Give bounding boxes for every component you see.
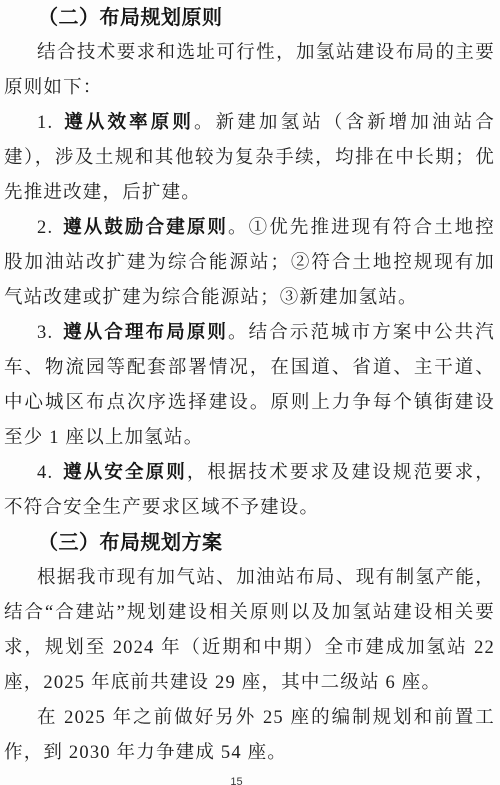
- section-3-paragraph-1: 根据我市现有加气站、加油站布局、现有制氢产能，结合“合建站”规划建设相关原则以及…: [4, 561, 495, 701]
- document-body: （二）布局规划原则 结合技术要求和选址可行性，加氢站建设布局的主要原则如下： 1…: [4, 1, 495, 771]
- principle-4-title: 遵从安全原则: [62, 463, 187, 483]
- principle-3-title: 遵从合理布局原则: [62, 323, 228, 343]
- principle-1-number: 1.: [37, 113, 62, 133]
- principle-1-title: 遵从效率原则: [62, 113, 194, 133]
- section-3-heading: （三）布局规划方案: [4, 526, 495, 561]
- principle-2-number: 2.: [37, 218, 62, 238]
- principle-2-title: 遵从鼓励合建原则: [62, 218, 228, 238]
- section-2-heading: （二）布局规划原则: [4, 1, 495, 36]
- principle-item-3: 3.遵从合理布局原则。结合示范城市方案中公共汽车、物流园等配套部署情况，在国道、…: [4, 316, 495, 456]
- principle-4-number: 4.: [37, 463, 62, 483]
- principle-item-1: 1.遵从效率原则。新建加氢站（含新增加油站合建），涉及土规和其他较为复杂手续，均…: [4, 106, 495, 211]
- principle-item-2: 2.遵从鼓励合建原则。①优先推进现有符合土地控股加油站改扩建为综合能源站；②符合…: [4, 211, 495, 316]
- document-page: （二）布局规划原则 结合技术要求和选址可行性，加氢站建设布局的主要原则如下： 1…: [0, 0, 500, 785]
- page-number: 15: [4, 775, 495, 785]
- principle-item-4: 4.遵从安全原则，根据技术要求及建设规范要求，不符合安全生产要求区域不予建设。: [4, 456, 495, 526]
- section-3-paragraph-2: 在 2025 年之前做好另外 25 座的编制规划和前置工作，到 2030 年力争…: [4, 701, 495, 771]
- principle-3-number: 3.: [37, 323, 62, 343]
- section-2-intro-paragraph: 结合技术要求和选址可行性，加氢站建设布局的主要原则如下：: [4, 36, 495, 106]
